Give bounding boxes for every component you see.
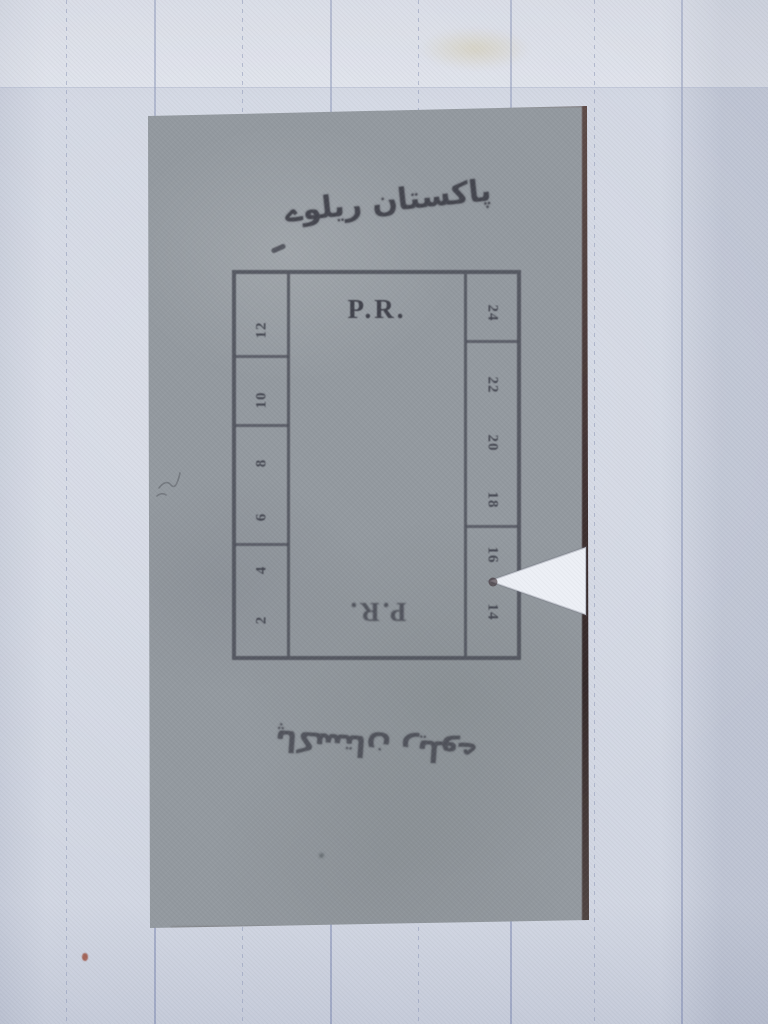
left-strip-number-4: 4 [253, 566, 270, 575]
fare-table: 12 10 8 6 4 2 24 22 20 18 16 14 P.R. [232, 270, 521, 660]
photograph: پاکستان ریلوے 12 10 8 6 4 2 24 22 20 18 … [0, 0, 768, 1024]
urdu-inscription-top: پاکستان ریلوے [263, 163, 513, 240]
urdu-inscription-stroke [271, 243, 287, 254]
fare-strip-divider [466, 340, 518, 343]
left-strip-number-8: 8 [253, 459, 270, 468]
left-strip-number-12: 12 [253, 322, 270, 339]
ticket-right-edge-shadow [582, 104, 590, 931]
paper-rule-line [594, 0, 595, 1024]
railway-ticket: پاکستان ریلوے 12 10 8 6 4 2 24 22 20 18 … [147, 104, 590, 931]
right-strip-number-20: 20 [484, 434, 501, 451]
fare-strip-divider [235, 543, 288, 546]
fare-strip-divider [466, 525, 518, 528]
railway-initials-top: P.R. [292, 294, 462, 325]
fare-strip-divider [235, 424, 288, 427]
left-strip-number-6: 6 [253, 513, 270, 522]
paper-top-band [0, 0, 768, 88]
punch-notch [479, 540, 593, 620]
right-strip-number-22: 22 [484, 377, 501, 394]
ticket-top-edge-shadow [315, 104, 590, 107]
ticket-bottom-edge-shadow [171, 926, 590, 931]
paper-ink-dot [82, 953, 88, 961]
paper-stain [420, 28, 530, 70]
paper-rule-line [681, 0, 683, 1024]
railway-initials-bottom-inverted: P.R. [292, 596, 462, 627]
right-strip-number-18: 18 [484, 492, 501, 509]
fare-strip-divider [235, 355, 288, 358]
urdu-inscription-bottom-inverted: پاکستان ریلوے [250, 712, 499, 781]
right-strip-number-24: 24 [484, 304, 501, 321]
left-strip-number-10: 10 [253, 392, 270, 409]
left-strip-number-2: 2 [253, 616, 270, 625]
fare-strip-left: 12 10 8 6 4 2 [236, 274, 290, 656]
pencil-scratch-mark [153, 448, 187, 504]
ticket-fleck [319, 853, 324, 858]
paper-rule-line [66, 0, 67, 1024]
